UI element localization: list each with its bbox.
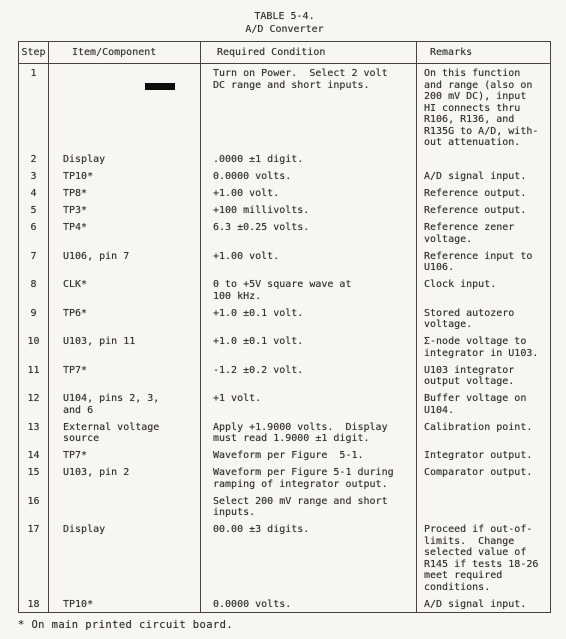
step-cell: 13 (19, 422, 48, 445)
item-cell: Display (48, 154, 200, 166)
table-row: 16 Select 200 mV range and short inputs. (19, 496, 550, 519)
step-cell: 9 (19, 308, 48, 331)
table-row: 5 TP3* +100 millivolts. Reference output… (19, 205, 550, 217)
step-cell: 17 (19, 524, 48, 593)
item-cell: TP8* (48, 188, 200, 200)
condition-cell: +1.0 ±0.1 volt. (200, 336, 416, 359)
remarks-cell (416, 154, 550, 166)
remarks-cell: Σ-node voltage to integrator in U103. (416, 336, 550, 359)
item-cell: U106, pin 7 (48, 251, 200, 274)
item-cell (48, 496, 200, 519)
table-row: 2 Display .0000 ±1 digit. (19, 154, 550, 166)
table-row: 15 U103, pin 2 Waveform per Figure 5-1 d… (19, 467, 550, 490)
step-cell: 1 (19, 68, 48, 149)
item-cell (48, 68, 200, 149)
column-divider-condition (416, 42, 417, 612)
remarks-cell: Reference output. (416, 188, 550, 200)
remarks-cell: Proceed if out-of- limits. Change select… (416, 524, 550, 593)
condition-cell: +1 volt. (200, 393, 416, 416)
table-number-title: TABLE 5-4. (18, 11, 551, 24)
ad-converter-table: Step Item/Component Required Condition R… (18, 41, 551, 613)
item-cell: TP7* (48, 365, 200, 388)
table-row: 14 TP7* Waveform per Figure 5-1. Integra… (19, 450, 550, 462)
condition-cell: .0000 ±1 digit. (200, 154, 416, 166)
header-item-component: Item/Component (48, 47, 200, 59)
condition-cell: Select 200 mV range and short inputs. (200, 496, 416, 519)
table-row: 18 TP10* 0.0000 volts. A/D signal input. (19, 599, 550, 611)
step-cell: 6 (19, 222, 48, 245)
remarks-cell: Reference zener voltage. (416, 222, 550, 245)
step-cell: 12 (19, 393, 48, 416)
table-row: 8 CLK* 0 to +5V square wave at 100 kHz. … (19, 279, 550, 302)
condition-cell: 0 to +5V square wave at 100 kHz. (200, 279, 416, 302)
remarks-cell: Reference output. (416, 205, 550, 217)
step-cell: 16 (19, 496, 48, 519)
table-header-row: Step Item/Component Required Condition R… (19, 42, 550, 64)
item-cell: Display (48, 524, 200, 593)
header-step: Step (19, 47, 48, 59)
condition-cell: +100 millivolts. (200, 205, 416, 217)
condition-cell: +1.00 volt. (200, 251, 416, 274)
step-cell: 3 (19, 171, 48, 183)
step-cell: 4 (19, 188, 48, 200)
step-cell: 10 (19, 336, 48, 359)
redaction-bar (145, 83, 175, 90)
table-row: 3 TP10* 0.0000 volts. A/D signal input. (19, 171, 550, 183)
table-row: 11 TP7* -1.2 ±0.2 volt. U103 integrator … (19, 365, 550, 388)
table-row: 9 TP6* +1.0 ±0.1 volt. Stored autozero v… (19, 308, 550, 331)
step-cell: 7 (19, 251, 48, 274)
remarks-cell: A/D signal input. (416, 599, 550, 611)
column-divider-step (48, 42, 49, 612)
condition-cell: Waveform per Figure 5-1. (200, 450, 416, 462)
condition-cell: Waveform per Figure 5-1 during ramping o… (200, 467, 416, 490)
condition-cell: 0.0000 volts. (200, 171, 416, 183)
item-cell: TP10* (48, 171, 200, 183)
remarks-cell: Stored autozero voltage. (416, 308, 550, 331)
table-footnote: * On main printed circuit board. (18, 619, 233, 631)
table-row: 10 U103, pin 11 +1.0 ±0.1 volt. Σ-node v… (19, 336, 550, 359)
remarks-cell: Buffer voltage on U104. (416, 393, 550, 416)
table-row: 6 TP4* 6.3 ±0.25 volts. Reference zener … (19, 222, 550, 245)
condition-cell: Apply +1.9000 volts. Display must read 1… (200, 422, 416, 445)
table-subtitle: A/D Converter (18, 24, 551, 37)
item-cell: TP6* (48, 308, 200, 331)
remarks-cell: Calibration point. (416, 422, 550, 445)
step-cell: 8 (19, 279, 48, 302)
condition-cell: -1.2 ±0.2 volt. (200, 365, 416, 388)
table-row: 13 External voltage source Apply +1.9000… (19, 422, 550, 445)
item-cell: TP3* (48, 205, 200, 217)
step-cell: 14 (19, 450, 48, 462)
item-cell: U103, pin 11 (48, 336, 200, 359)
table-body: 1 Turn on Power. Select 2 volt DC range … (19, 64, 550, 612)
step-cell: 5 (19, 205, 48, 217)
remarks-cell: Integrator output. (416, 450, 550, 462)
item-cell: U104, pins 2, 3, and 6 (48, 393, 200, 416)
item-cell: U103, pin 2 (48, 467, 200, 490)
remarks-cell (416, 496, 550, 519)
step-cell: 11 (19, 365, 48, 388)
remarks-cell: U103 integrator output voltage. (416, 365, 550, 388)
header-remarks: Remarks (416, 47, 550, 59)
remarks-cell: Clock input. (416, 279, 550, 302)
item-cell: External voltage source (48, 422, 200, 445)
column-divider-item (200, 42, 201, 612)
table-row: 17 Display 00.00 ±3 digits. Proceed if o… (19, 524, 550, 593)
condition-cell: Turn on Power. Select 2 volt DC range an… (200, 68, 416, 149)
item-cell: CLK* (48, 279, 200, 302)
condition-cell: 00.00 ±3 digits. (200, 524, 416, 593)
remarks-cell: A/D signal input. (416, 171, 550, 183)
item-cell: TP4* (48, 222, 200, 245)
item-cell: TP10* (48, 599, 200, 611)
table-row: 4 TP8* +1.00 volt. Reference output. (19, 188, 550, 200)
remarks-cell: Reference input to U106. (416, 251, 550, 274)
table-row: 12 U104, pins 2, 3, and 6 +1 volt. Buffe… (19, 393, 550, 416)
condition-cell: 0.0000 volts. (200, 599, 416, 611)
step-cell: 15 (19, 467, 48, 490)
table-row: 7 U106, pin 7 +1.00 volt. Reference inpu… (19, 251, 550, 274)
remarks-cell: Comparator output. (416, 467, 550, 490)
remarks-cell: On this function and range (also on 200 … (416, 68, 550, 149)
page-title: TABLE 5-4. A/D Converter (18, 11, 551, 36)
condition-cell: +1.00 volt. (200, 188, 416, 200)
item-cell: TP7* (48, 450, 200, 462)
table-row: 1 Turn on Power. Select 2 volt DC range … (19, 68, 550, 149)
step-cell: 2 (19, 154, 48, 166)
step-cell: 18 (19, 599, 48, 611)
condition-cell: +1.0 ±0.1 volt. (200, 308, 416, 331)
condition-cell: 6.3 ±0.25 volts. (200, 222, 416, 245)
header-required-condition: Required Condition (200, 47, 416, 59)
